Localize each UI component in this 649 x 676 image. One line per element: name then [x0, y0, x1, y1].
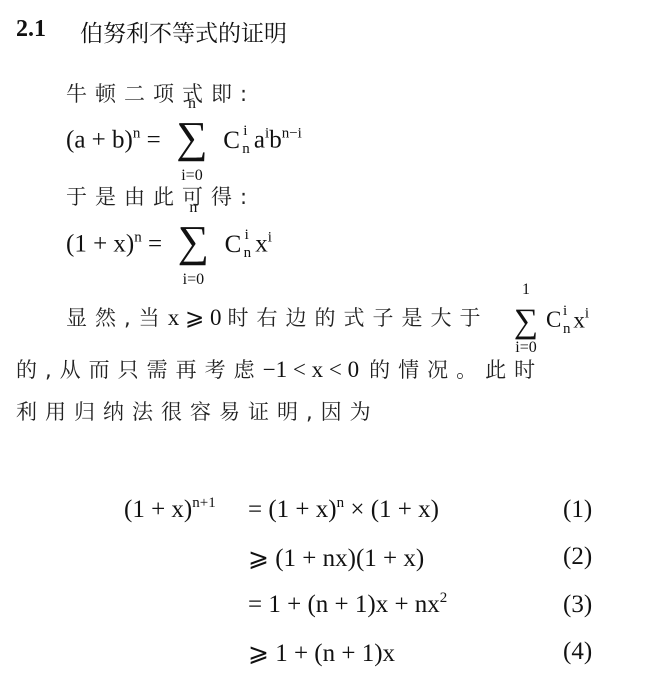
summation: n ∑ i=0	[172, 226, 214, 266]
paragraph-obvious-case: 显然,当x ⩾ 0时右边的式子是大于	[66, 302, 488, 332]
sum-upper-limit: n	[172, 200, 214, 216]
equation-number-4: (4)	[563, 638, 592, 666]
sum-lower-limit: i=0	[172, 272, 214, 288]
equation-number-1: (1)	[563, 496, 592, 524]
aligned-equation-1-rhs: = (1 + x)n × (1 + x)	[248, 496, 439, 524]
term-a: a	[254, 127, 265, 154]
sigma-symbol: ∑	[171, 116, 213, 160]
binomial-lhs-exponent: n	[133, 126, 141, 142]
paragraph-remaining-case: 的,从而只需再考虑−1 < x < 0的情况。此时	[16, 354, 543, 384]
aligned-equation-4: ⩾ 1 + (n + 1)x	[248, 638, 395, 668]
summation: n ∑ i=0	[171, 122, 213, 162]
binomial-lhs: (a + b)	[66, 127, 133, 154]
paragraph-binomial-intro: 牛顿二项式即:	[66, 78, 255, 108]
equation-number-2: (2)	[563, 543, 592, 571]
section-number: 2.1	[16, 16, 46, 43]
equation-expansion: (1 + x)n = n ∑ i=0 Cinxi	[66, 226, 272, 266]
aligned-equation-2: ⩾ (1 + nx)(1 + x)	[248, 543, 424, 573]
sigma-symbol: ∑	[510, 300, 542, 344]
binomial-coefficient: Cin	[225, 231, 242, 259]
section-title: 伯努利不等式的证明	[80, 15, 287, 48]
equals-sign: =	[148, 231, 162, 258]
equals-sign: =	[147, 127, 161, 154]
inline-summation: 1 ∑ i=0 Cinxi	[506, 302, 589, 342]
equation-number-3: (3)	[563, 591, 592, 619]
inline-condition: x ⩾ 0	[168, 305, 222, 330]
sigma-symbol: ∑	[172, 220, 214, 264]
term-x: x	[255, 231, 268, 258]
term-b: b	[269, 127, 282, 154]
binomial-coefficient: Cin	[546, 307, 561, 333]
aligned-equation-1-lhs: (1 + x)n+1	[124, 496, 216, 524]
binomial-coefficient: Cin	[223, 127, 240, 155]
paragraph-expansion-intro: 于是由此可得:	[66, 181, 255, 211]
equation-binomial: (a + b)n = n ∑ i=0 Cinaibn−i	[66, 122, 302, 162]
expansion-lhs: (1 + x)	[66, 231, 134, 258]
aligned-equation-3: = 1 + (n + 1)x + nx2	[248, 591, 447, 619]
sum-upper-limit: n	[171, 96, 213, 112]
summation: 1 ∑ i=0	[510, 302, 542, 342]
paragraph-induction: 利用归纳法很容易证明,因为	[16, 396, 379, 426]
sum-upper-limit: 1	[510, 282, 542, 298]
inline-condition: −1 < x < 0	[263, 357, 359, 382]
